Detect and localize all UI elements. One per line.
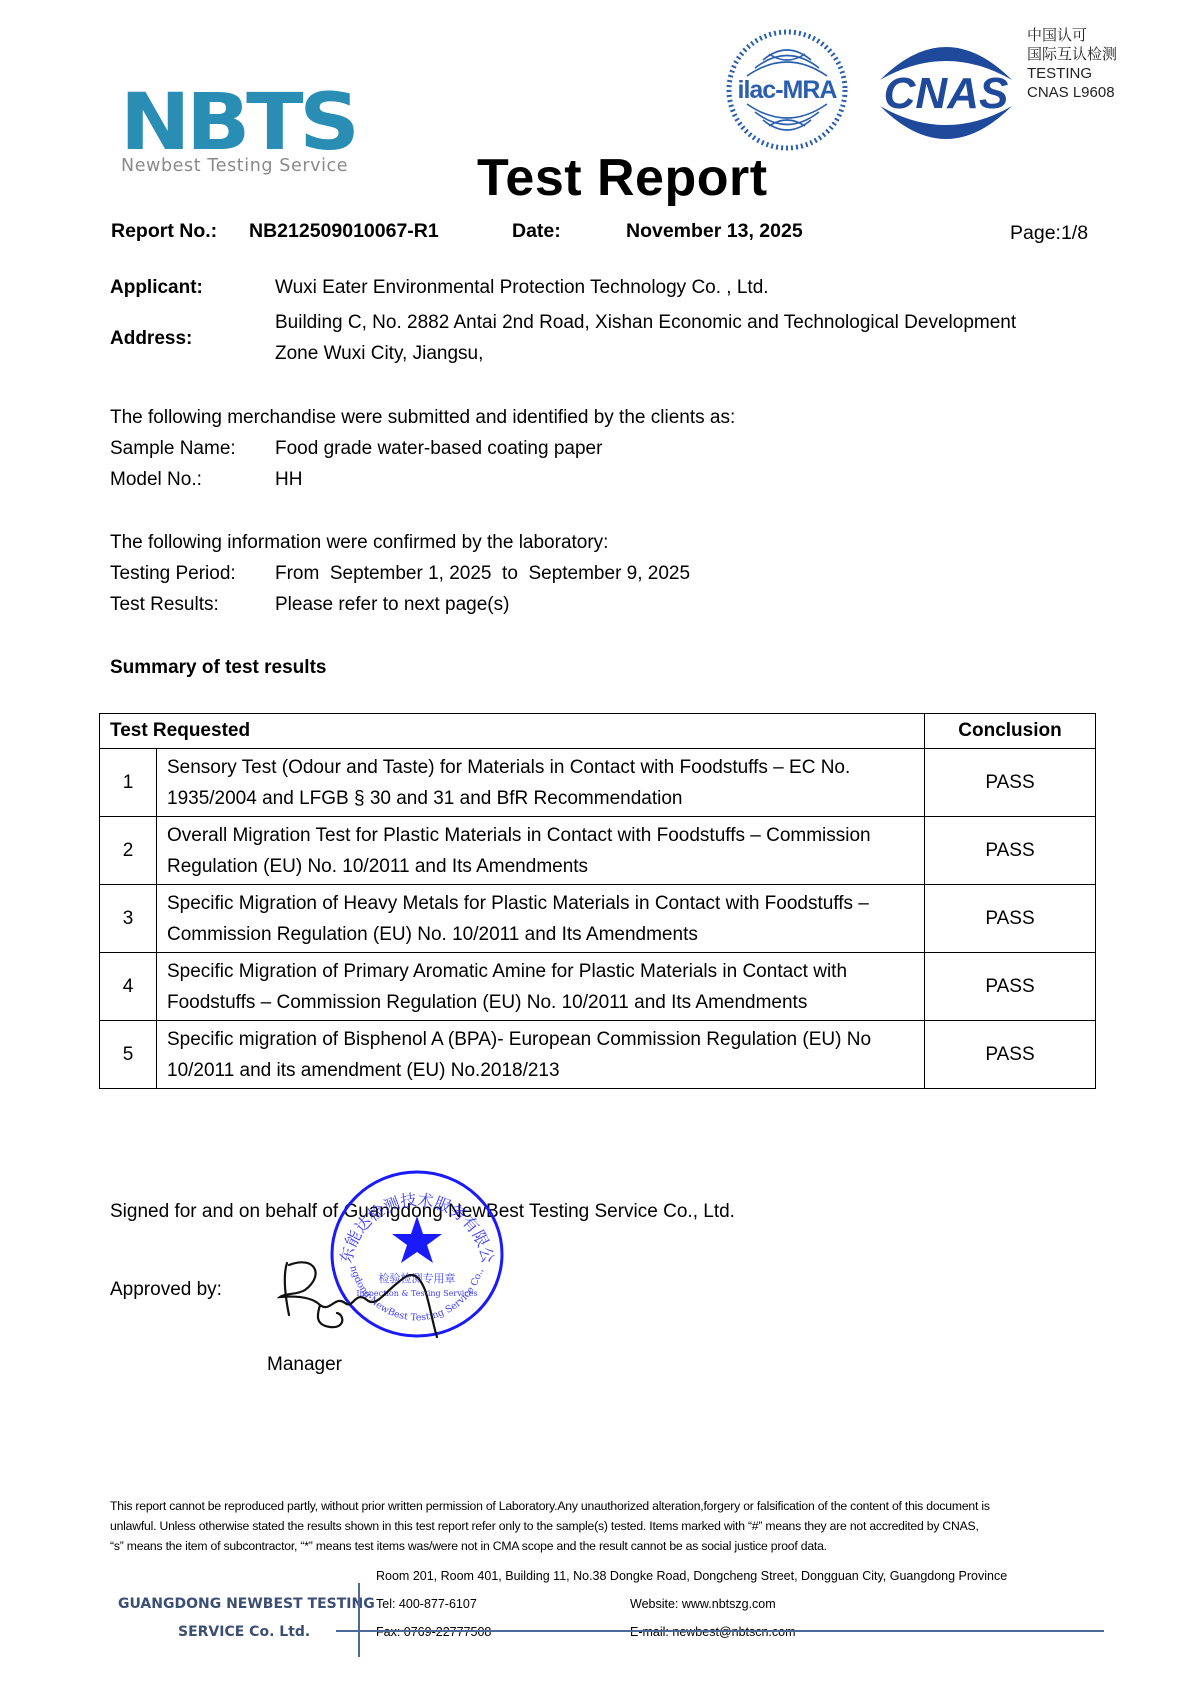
nbts-logo: NBTS [120,84,356,162]
address-line-1: Building C, No. 2882 Antai 2nd Road, Xis… [275,312,1016,334]
conclusion-cell: PASS [925,885,1096,953]
table-row: 4 Specific Migration of Primary Aromatic… [100,953,1096,1021]
row-number: 4 [100,953,157,1021]
row-number: 3 [100,885,157,953]
test-description: Specific Migration of Heavy Metals for P… [157,885,925,953]
cnas-line: CNAS L9608 [1027,83,1117,102]
row-number: 2 [100,817,157,885]
date-label: Date: [512,220,561,243]
signature-icon [275,1255,475,1340]
model-label: Model No.: [110,469,202,491]
disclaimer: This report cannot be reproduced partly,… [110,1496,1090,1556]
test-results-label: Test Results: [110,594,219,616]
description-line: Regulation (EU) No. 10/2011 and Its Amen… [167,851,914,882]
cnas-accreditation-text: 中国认可 国际互认检测 TESTING CNAS L9608 [1027,26,1117,102]
test-description: Specific migration of Bisphenol A (BPA)-… [157,1021,925,1089]
description-line: Overall Migration Test for Plastic Mater… [167,820,914,851]
address-label: Address: [110,328,192,350]
svg-text:ilac-MRA: ilac-MRA [738,76,838,104]
summary-heading: Summary of test results [110,657,326,679]
footer-website[interactable]: Website: www.nbtszg.com [630,1597,776,1611]
test-results-value: Please refer to next page(s) [275,594,509,616]
sample-name-value: Food grade water-based coating paper [275,438,602,460]
approved-by-label: Approved by: [110,1279,222,1301]
description-line: 1935/2004 and LFGB § 30 and 31 and BfR R… [167,783,914,814]
summary-table: Test Requested Conclusion 1 Sensory Test… [99,713,1096,1089]
applicant-value: Wuxi Eater Environmental Protection Tech… [275,277,769,299]
footer-divider-horizontal [336,1630,1104,1632]
footer-divider-vertical [358,1583,360,1657]
description-line: Commission Regulation (EU) No. 10/2011 a… [167,919,914,950]
row-number: 5 [100,1021,157,1089]
sample-intro: The following merchandise were submitted… [110,407,735,429]
address-line-2: Zone Wuxi City, Jiangsu, [275,343,483,365]
applicant-label: Applicant: [110,277,203,299]
page-title: Test Report [477,148,768,208]
testing-period-label: Testing Period: [110,563,236,585]
footer-company-name-line2: SERVICE Co. Ltd. [178,1624,310,1640]
page-number: Page:1/8 [1010,222,1088,245]
conclusion-cell: PASS [925,817,1096,885]
disclaimer-line: This report cannot be reproduced partly,… [110,1496,1090,1516]
footer-fax: Fax: 0769-22777508 [376,1625,491,1639]
ilac-mra-logo-icon: ilac-MRA [725,28,849,152]
report-no-label: Report No.: [111,220,217,243]
description-line: Sensory Test (Odour and Taste) for Mater… [167,752,914,783]
table-row: 1 Sensory Test (Odour and Taste) for Mat… [100,749,1096,817]
table-row: 5 Specific migration of Bisphenol A (BPA… [100,1021,1096,1089]
report-no: NB212509010067-R1 [249,220,439,243]
description-line: Specific migration of Bisphenol A (BPA)-… [167,1024,914,1055]
test-description: Overall Migration Test for Plastic Mater… [157,817,925,885]
table-row: 3 Specific Migration of Heavy Metals for… [100,885,1096,953]
row-number: 1 [100,749,157,817]
footer-company-name-line1: GUANGDONG NEWBEST TESTING [118,1596,375,1612]
test-description: Sensory Test (Odour and Taste) for Mater… [157,749,925,817]
footer-email[interactable]: E-mail: newbest@nbtscn.com [630,1625,796,1639]
model-value: HH [275,469,302,491]
report-date: November 13, 2025 [626,220,803,243]
manager-title: Manager [267,1354,342,1376]
cnas-line: TESTING [1027,64,1117,83]
description-line: 10/2011 and its amendment (EU) No.2018/2… [167,1055,914,1086]
footer-tel: Tel: 400-877-6107 [376,1597,477,1611]
description-line: Specific Migration of Primary Aromatic A… [167,956,914,987]
conclusion-cell: PASS [925,749,1096,817]
conclusion-cell: PASS [925,1021,1096,1089]
conclusion-cell: PASS [925,953,1096,1021]
cnas-logo-icon: CNAS [872,36,1020,148]
company-address: Room 201, Room 401, Building 11, No.38 D… [376,1569,1007,1583]
table-row: 2 Overall Migration Test for Plastic Mat… [100,817,1096,885]
svg-text:CNAS: CNAS [884,69,1009,118]
column-header-conclusion: Conclusion [925,714,1096,749]
lab-intro: The following information were confirmed… [110,532,608,554]
logo-tagline: Newbest Testing Service [121,156,348,176]
description-line: Specific Migration of Heavy Metals for P… [167,888,914,919]
cnas-line: 国际互认检测 [1027,45,1117,64]
disclaimer-line: “s” means the item of subcontractor, “*”… [110,1536,1090,1556]
column-header-test: Test Requested [100,714,925,749]
cnas-line: 中国认可 [1027,26,1117,45]
description-line: Foodstuffs – Commission Regulation (EU) … [167,987,914,1018]
sample-name-label: Sample Name: [110,438,236,460]
testing-period-value: From September 1, 2025 to September 9, 2… [275,563,690,585]
test-description: Specific Migration of Primary Aromatic A… [157,953,925,1021]
table-header-row: Test Requested Conclusion [100,714,1096,749]
disclaimer-line: unlawful. Unless otherwise stated the re… [110,1516,1090,1536]
